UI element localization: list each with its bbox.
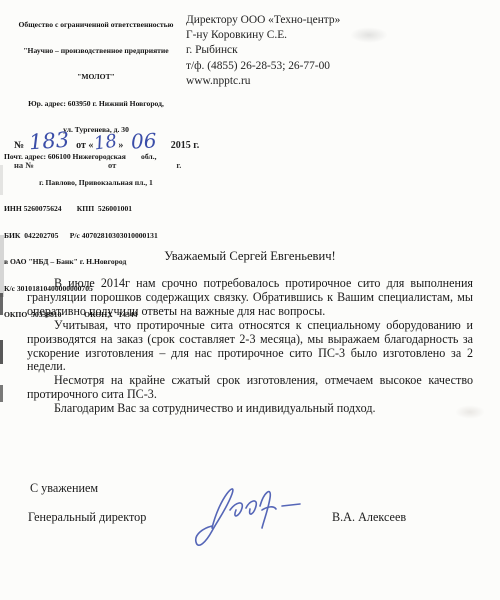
scan-artifact <box>0 340 3 364</box>
reply-ref-line: на № от г. <box>14 160 314 170</box>
closing-job-title: Генеральный директор <box>28 510 146 525</box>
body-paragraph: В июле 2014г нам срочно потребовалось пр… <box>27 277 473 319</box>
body-paragraph: Несмотря на крайне сжатый срок изготовле… <box>27 374 473 402</box>
recipient-block: Директору ООО «Техно-центр» Г-ну Коровки… <box>186 13 426 89</box>
ref-no-label: № <box>14 140 24 151</box>
sender-line: Общество с ограниченной ответственностью <box>4 21 188 30</box>
recipient-line: т/ф. (4855) 26-28-53; 26-77-00 <box>186 59 426 74</box>
sender-line: БИК 042202705 Р/с 40702810303010000131 <box>4 232 188 241</box>
ref-day-value-handwritten: 18 <box>93 131 119 155</box>
ref-number-line: № 183 от « 18 » 06 2015 г. <box>14 129 314 153</box>
ref-month-value-handwritten: 06 <box>131 128 158 153</box>
letter-body: В июле 2014г нам срочно потребовалось пр… <box>27 277 473 416</box>
sender-line: Юр. адрес: 603950 г. Нижний Новгород, <box>4 100 188 109</box>
recipient-website: www.npptc.ru <box>186 74 426 89</box>
body-paragraph: Благодарим Вас за сотрудничество и индив… <box>27 402 473 416</box>
recipient-line: Директору ООО «Техно-центр» <box>186 13 426 28</box>
ref-quote-close: » <box>118 140 123 151</box>
sender-line: "Научно – производственное предприятие <box>4 47 188 56</box>
scan-artifact <box>0 293 3 315</box>
body-paragraph: Учитывая, что протирочные сита относятся… <box>27 319 473 375</box>
reply-g-label: г. <box>176 160 181 170</box>
reply-na-label: на № <box>14 160 34 170</box>
sender-line: г. Павлово, Привокзальная пл., 1 <box>4 179 188 188</box>
scanned-letter-page: Общество с ограниченной ответственностью… <box>0 0 500 600</box>
ref-year-label: 2015 г. <box>171 140 199 151</box>
sender-line: ИНН 5260075624 КПП 526001001 <box>4 205 188 214</box>
closing-signer-name: В.А. Алексеев <box>332 510 406 525</box>
sender-line: "МОЛОТ" <box>4 73 188 82</box>
recipient-line: г. Рыбинск <box>186 43 426 58</box>
scan-artifact <box>0 165 3 195</box>
salutation: Уважаемый Сергей Евгеньевич! <box>0 249 500 264</box>
scan-artifact <box>0 385 3 402</box>
ref-no-value-handwritten: 183 <box>28 128 70 155</box>
closing-regards: С уважением <box>30 481 98 496</box>
signature <box>182 476 312 554</box>
ref-ot-label: от « <box>76 140 93 151</box>
reply-ot-label: от <box>108 160 116 170</box>
recipient-line: Г-ну Коровкину С.Е. <box>186 28 426 43</box>
